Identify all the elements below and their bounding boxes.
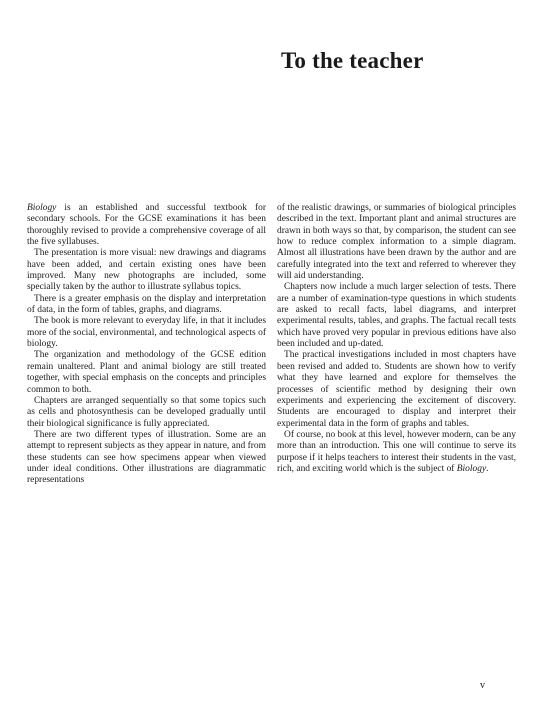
paragraph-9: Chapters now include a much larger selec… (277, 282, 516, 350)
paragraph-11: Of course, no book at this level, howeve… (277, 430, 516, 475)
book-title-italic: Biology (27, 203, 56, 213)
book-title-italic: Biology (457, 464, 486, 474)
left-column: Biology is an established and successful… (27, 203, 266, 487)
paragraph-2: The presentation is more visual: new dra… (27, 248, 266, 293)
paragraph-1: Biology is an established and successful… (27, 203, 266, 248)
paragraph-7: There are two different types of illustr… (27, 430, 266, 487)
paragraph-8: of the realistic drawings, or summaries … (277, 203, 516, 282)
paragraph-3: There is a greater emphasis on the displ… (27, 294, 266, 317)
right-column: of the realistic drawings, or summaries … (277, 203, 516, 475)
paragraph-10: The practical investigations included in… (277, 350, 516, 429)
page-number: v (480, 680, 485, 691)
page-title: To the teacher (281, 48, 423, 74)
paragraph-4: The book is more relevant to everyday li… (27, 316, 266, 350)
paragraph-5: The organization and methodology of the … (27, 350, 266, 395)
paragraph-6: Chapters are arranged sequentially so th… (27, 396, 266, 430)
